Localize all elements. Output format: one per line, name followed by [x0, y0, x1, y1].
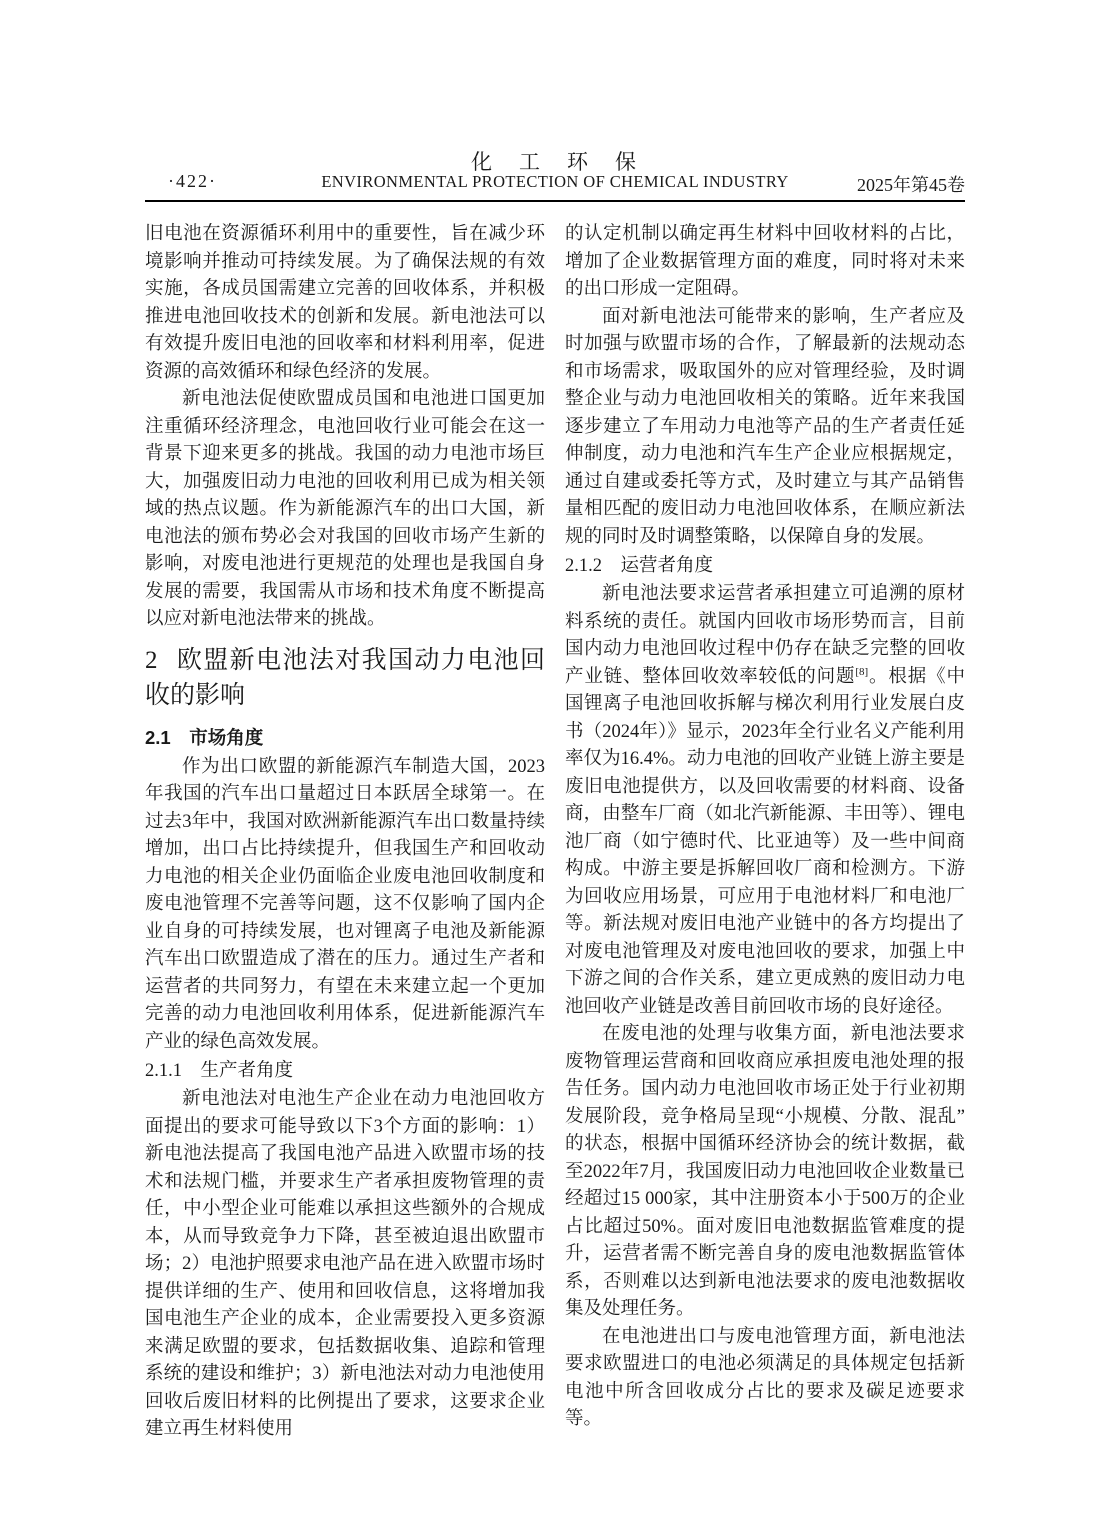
paragraph: 作为出口欧盟的新能源汽车制造大国，2023年我国的汽车出口量超过日本跃居全球第一… [145, 754, 545, 1057]
paper-page: ·422· 化 工 环 保 ENVIRONMENTAL PROTECTION O… [0, 0, 1115, 1526]
section-title: 欧盟新电池法对我国动力电池回收的影响 [145, 647, 545, 709]
subsubsection-heading-operator: 2.1.2 运营者角度 [565, 552, 965, 580]
paragraph-continuation: 的认定机制以确定再生材料中回收材料的占比，增加了企业数据管理方面的难度，同时将对… [565, 221, 965, 304]
paragraph: 新电池法对电池生产企业在动力电池回收方面提出的要求可能导致以下3个方面的影响：1… [145, 1086, 545, 1444]
page-body: 旧电池在资源循环利用中的重要性，旨在减少环境影响并推动可持续发展。为了确保法规的… [145, 221, 965, 1444]
right-column: 的认定机制以确定再生材料中回收材料的占比，增加了企业数据管理方面的难度，同时将对… [565, 221, 965, 1444]
volume-info: 2025年第45卷 [857, 171, 965, 197]
subsubsection-heading-producer: 2.1.1 生产者角度 [145, 1057, 545, 1085]
section-number: 2 [145, 647, 158, 674]
paragraph: 在电池进出口与废电池管理方面，新电池法要求欧盟进口的电池必须满足的具体规定包括新… [565, 1324, 965, 1434]
paragraph: 在废电池的处理与收集方面，新电池法要求废物管理运营商和回收商应承担废电池处理的报… [565, 1021, 965, 1324]
header-divider [145, 200, 965, 202]
subsection-heading-market: 2.1 市场角度 [145, 723, 545, 752]
paragraph-continuation: 旧电池在资源循环利用中的重要性，旨在减少环境影响并推动可持续发展。为了确保法规的… [145, 221, 545, 386]
journal-title-en: ENVIRONMENTAL PROTECTION OF CHEMICAL IND… [145, 172, 965, 192]
section-heading: 2欧盟新电池法对我国动力电池回收的影响 [145, 643, 545, 713]
paragraph-with-reference: 新电池法要求运营者承担建立可追溯的原材料系统的责任。就国内回收市场形势而言，目前… [565, 581, 965, 1021]
paragraph-text: 。根据《中国锂离子电池回收拆解与梯次利用行业发展白皮书（2024年）》显示，20… [565, 667, 965, 1017]
paragraph: 新电池法促使欧盟成员国和电池进口国更加注重循环经济理念，电池回收行业可能会在这一… [145, 386, 545, 634]
paragraph: 面对新电池法可能带来的影响，生产者应及时加强与欧盟市场的合作，了解最新的法规动态… [565, 304, 965, 552]
reference-superscript: [8] [855, 665, 868, 677]
left-column: 旧电池在资源循环利用中的重要性，旨在减少环境影响并推动可持续发展。为了确保法规的… [145, 221, 545, 1444]
